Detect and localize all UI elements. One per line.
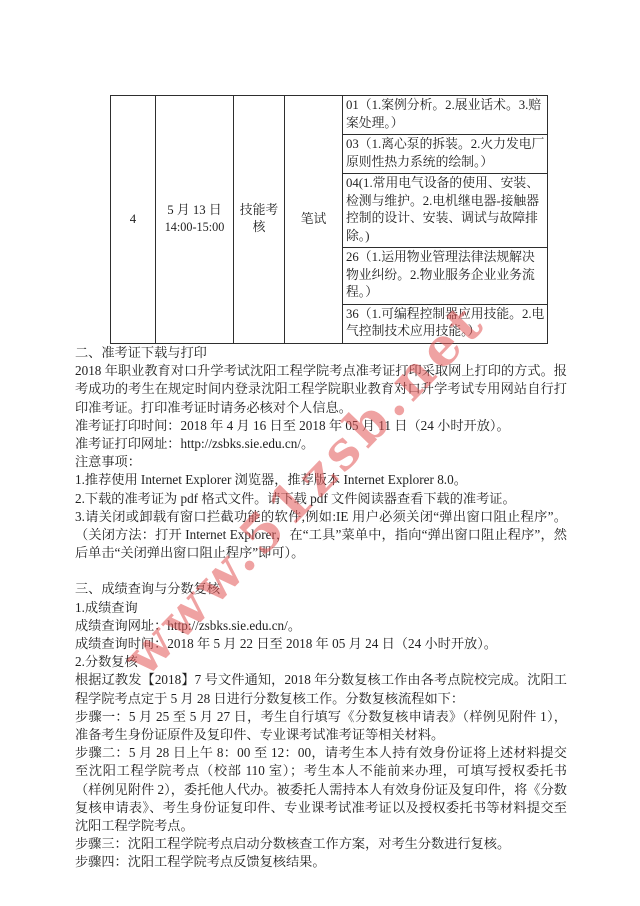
subject-cell: 01（1.案例分析。2.展业话术。3.赔案处理。） bbox=[343, 96, 548, 135]
paragraph: 注意事项： bbox=[75, 453, 567, 471]
paragraph: 2.分数复核 bbox=[75, 653, 567, 671]
exam-time-range: 14:00-15:00 bbox=[157, 219, 232, 237]
paragraph: 准考证打印网址：http://zsbks.sie.edu.cn/。 bbox=[75, 435, 567, 453]
paragraph: 步骤一：5 月 25 至 5 月 27 日，考生自行填写《分数复核申请表》（样例… bbox=[75, 708, 567, 744]
paragraph: 步骤四：沈阳工程学院考点反馈复核结果。 bbox=[75, 853, 567, 871]
section-3-heading: 三、成绩查询与分数复核 bbox=[75, 580, 567, 598]
paragraph: 1.推荐使用 Internet Explorer 浏览器，推荐版本 Intern… bbox=[75, 471, 567, 489]
exam-format-cell: 笔试 bbox=[285, 96, 343, 344]
paragraph: 2.下载的准考证为 pdf 格式文件。请下载 pdf 文件阅读器查看下载的准考证… bbox=[75, 490, 567, 508]
paragraph: 3.请关闭或卸载有窗口拦截功能的软件,例如:IE 用户必须关闭“弹出窗口阻止程序… bbox=[75, 508, 567, 563]
section-spacer bbox=[75, 562, 567, 580]
exam-schedule-table: 4 5 月 13 日 14:00-15:00 技能考 核 笔试 01（1.案例分… bbox=[110, 95, 548, 344]
paragraph: 1.成绩查询 bbox=[75, 599, 567, 617]
table-row: 4 5 月 13 日 14:00-15:00 技能考 核 笔试 01（1.案例分… bbox=[111, 96, 548, 135]
subject-cell: 04(1.常用电气设备的使用、安装、检测与维护。2.电机继电器-接触器控制的设计… bbox=[343, 174, 548, 248]
row-number-cell: 4 bbox=[111, 96, 156, 344]
paragraph: 根据辽教发【2018】7 号文件通知，2018 年分数复核工作由各考点院校完成。… bbox=[75, 671, 567, 707]
paragraph: 成绩查询时间：2018 年 5 月 22 日至 2018 年 05 月 24 日… bbox=[75, 635, 567, 653]
exam-date-cell: 5 月 13 日 14:00-15:00 bbox=[156, 96, 234, 344]
subject-cell: 26（1.运用物业管理法律法规解决物业纠纷。2.物业服务企业业务流程。） bbox=[343, 248, 548, 305]
paragraph: 步骤三：沈阳工程学院考点启动分数核查工作方案，对考生分数进行复核。 bbox=[75, 835, 567, 853]
paragraph: 2018 年职业教育对口升学考试沈阳工程学院考点准考证打印采取网上打印的方式。报… bbox=[75, 362, 567, 417]
subject-cell: 03（1.离心泵的拆装。2.火力发电厂原则性热力系统的绘制。） bbox=[343, 135, 548, 174]
section-2-heading: 二、准考证下载与打印 bbox=[75, 344, 567, 362]
document-page: www.51zsb.net 4 5 月 13 日 14:00-15:00 技能考… bbox=[0, 0, 640, 906]
paragraph: 成绩查询网址：http://zsbks.sie.edu.cn/。 bbox=[75, 617, 567, 635]
paragraph: 准考证打印时间：2018 年 4 月 16 日至 2018 年 05 月 11 … bbox=[75, 417, 567, 435]
subject-cell: 36（1.可编程控制器应用技能。2.电气控制技术应用技能。） bbox=[343, 304, 548, 343]
exam-type-line1: 技能考 bbox=[235, 202, 283, 220]
exam-date-line1: 5 月 13 日 bbox=[157, 202, 232, 220]
document-body: 二、准考证下载与打印 2018 年职业教育对口升学考试沈阳工程学院考点准考证打印… bbox=[75, 344, 567, 872]
exam-type-line2: 核 bbox=[235, 219, 283, 237]
exam-type-cell: 技能考 核 bbox=[234, 96, 285, 344]
paragraph: 步骤二：5 月 28 日上午 8：00 至 12：00，请考生本人持有效身份证将… bbox=[75, 744, 567, 835]
